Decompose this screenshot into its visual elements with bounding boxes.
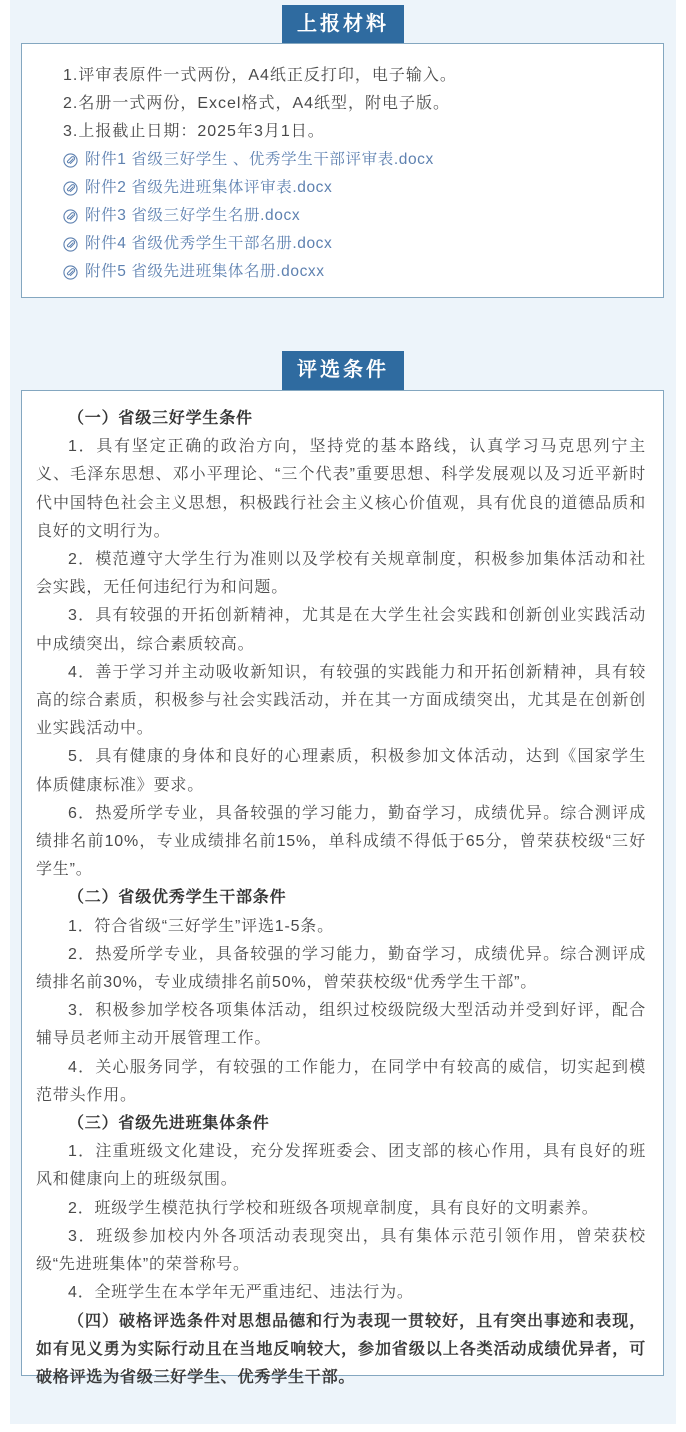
attachment-link-4[interactable]: 附件4 省级优秀学生干部名册.docx [63, 230, 643, 258]
report-materials-card: 1.评审表原件一式两份，A4纸正反打印，电子输入。 2.名册一式两份，Excel… [21, 43, 664, 298]
attachment-label: 附件5 省级先进班集体名册.docxx [85, 258, 325, 286]
attachment-link-2[interactable]: 附件2 省级先进班集体评审表.docx [63, 174, 643, 202]
attachment-link-1[interactable]: 附件1 省级三好学生 、优秀学生干部评审表.docx [63, 146, 643, 174]
criteria-paragraph: 3．积极参加学校各项集体活动，组织过校级院级大型活动并受到好评，配合辅导员老师主… [36, 997, 646, 1053]
criteria-paragraph: 2．热爱所学专业，具备较强的学习能力，勤奋学习，成绩优异。综合测评成绩排名前30… [36, 941, 646, 997]
criteria-subheading-2: （二）省级优秀学生干部条件 [36, 884, 646, 912]
paperclip-icon [63, 237, 78, 252]
report-item: 2.名册一式两份，Excel格式，A4纸型，附电子版。 [63, 90, 643, 118]
criteria-paragraph: 4．善于学习并主动吸收新知识，有较强的实践能力和开拓创新精神，具有较高的综合素质… [36, 659, 646, 744]
paperclip-icon [63, 265, 78, 280]
criteria-paragraph: 3．具有较强的开拓创新精神，尤其是在大学生社会实践和创新创业实践活动中成绩突出，… [36, 602, 646, 658]
paperclip-icon [63, 181, 78, 196]
criteria-paragraph: 6．热爱所学专业，具备较强的学习能力，勤奋学习，成绩优异。综合测评成绩排名前10… [36, 800, 646, 885]
criteria-paragraph: 2．班级学生模范执行学校和班级各项规章制度，具有良好的文明素养。 [36, 1195, 646, 1223]
report-item: 1.评审表原件一式两份，A4纸正反打印，电子输入。 [63, 62, 643, 90]
paperclip-icon [63, 209, 78, 224]
criteria-paragraph: 1．注重班级文化建设，充分发挥班委会、团支部的核心作用，具有良好的班风和健康向上… [36, 1138, 646, 1194]
attachment-label: 附件4 省级优秀学生干部名册.docx [85, 230, 332, 258]
criteria-subheading-3: （三）省级先进班集体条件 [36, 1110, 646, 1138]
criteria-paragraph: 4．全班学生在本学年无严重违纪、违法行为。 [36, 1279, 646, 1307]
report-item: 3.上报截止日期：2025年3月1日。 [63, 118, 643, 146]
criteria-paragraph: 3．班级参加校内外各项活动表现突出，具有集体示范引领作用，曾荣获校级“先进班集体… [36, 1223, 646, 1279]
paperclip-icon [63, 153, 78, 168]
page: 上报材料 1.评审表原件一式两份，A4纸正反打印，电子输入。 2.名册一式两份，… [0, 0, 686, 1432]
section-title-report-materials: 上报材料 [282, 5, 404, 43]
criteria-paragraph: 1．具有坚定正确的政治方向，坚持党的基本路线，认真学习马克思列宁主义、毛泽东思想… [36, 433, 646, 546]
criteria-paragraph-exception: （四）破格评选条件对思想品德和行为表现一贯较好，且有突出事迹和表现，如有见义勇为… [36, 1308, 646, 1393]
selection-criteria-card: （一）省级三好学生条件 1．具有坚定正确的政治方向，坚持党的基本路线，认真学习马… [21, 390, 664, 1376]
criteria-paragraph: 5．具有健康的身体和良好的心理素质，积极参加文体活动，达到《国家学生体质健康标准… [36, 743, 646, 799]
criteria-subheading-1: （一）省级三好学生条件 [36, 405, 646, 433]
criteria-paragraph: 2．模范遵守大学生行为准则以及学校有关规章制度，积极参加集体活动和社会实践，无任… [36, 546, 646, 602]
attachment-link-5[interactable]: 附件5 省级先进班集体名册.docxx [63, 258, 643, 286]
attachment-label: 附件1 省级三好学生 、优秀学生干部评审表.docx [85, 146, 434, 174]
section-title-selection-criteria: 评选条件 [282, 351, 404, 390]
attachment-link-3[interactable]: 附件3 省级三好学生名册.docx [63, 202, 643, 230]
criteria-paragraph: 1．符合省级“三好学生”评选1-5条。 [36, 913, 646, 941]
attachment-label: 附件3 省级三好学生名册.docx [85, 202, 300, 230]
attachment-label: 附件2 省级先进班集体评审表.docx [85, 174, 332, 202]
criteria-paragraph: 4．关心服务同学，有较强的工作能力，在同学中有较高的威信，切实起到模范带头作用。 [36, 1054, 646, 1110]
